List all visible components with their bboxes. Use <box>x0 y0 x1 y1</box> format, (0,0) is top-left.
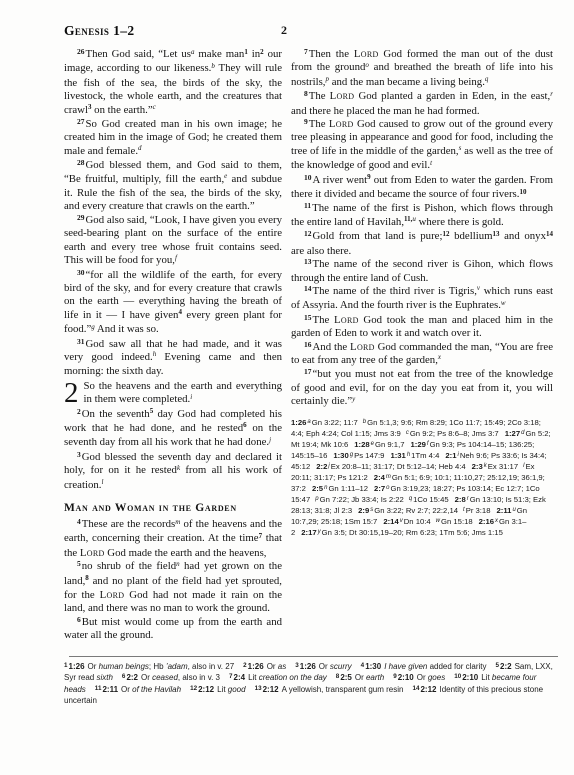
verse-number: 7 <box>304 47 309 56</box>
text-run: make man <box>194 48 244 60</box>
crossref-letter: c <box>406 430 409 436</box>
verse-number: 2 <box>77 407 82 416</box>
text-run: Or <box>141 673 152 682</box>
verse-number: 13 <box>304 257 313 266</box>
crossref-marker: l <box>101 478 103 486</box>
crossref-marker: w <box>501 299 506 307</box>
crossref-letter: o <box>386 485 389 491</box>
reference-label: 1:26 <box>248 662 264 671</box>
footnote-marker: 3 <box>295 662 299 669</box>
italic-text: goes <box>428 673 445 682</box>
verse-number: 14 <box>304 284 313 293</box>
text-run: Lit <box>481 673 492 682</box>
text-run: But mist would come up from the earth an… <box>64 616 282 641</box>
text-run: bdellium <box>449 230 492 242</box>
page-header: Genesis 1–2 2 <box>64 22 553 40</box>
footnote-marker: 7 <box>229 673 233 680</box>
crossref-letter: m <box>386 474 391 480</box>
right-column-verses: 7Then the Lord God formed the man out of… <box>291 48 553 410</box>
reference-label: 2:16 <box>479 517 494 526</box>
text-run: Gold from that land is pure; <box>313 230 443 242</box>
reference-label: 1:26 <box>69 662 85 671</box>
divine-name: Lord <box>354 48 379 60</box>
verse-paragraph: 11The name of the first is Pishon, which… <box>291 202 553 230</box>
footnote-marker: 4 <box>178 308 182 316</box>
verse-paragraph: 29God also said, “Look, I have given you… <box>64 214 282 269</box>
footnote-marker: 10 <box>454 673 461 680</box>
text-columns: 26Then God said, “Let usa make man1 in2 … <box>64 48 553 643</box>
reference-label: 2:10 <box>462 673 478 682</box>
footnote-marker: 1 <box>244 48 248 56</box>
crossref-letter: r <box>467 496 469 502</box>
text-run: Or <box>88 662 99 671</box>
text-run: And the <box>313 341 351 353</box>
verse-number: 15 <box>304 313 313 322</box>
verse-number: 6 <box>77 615 82 624</box>
reference-label: 2:4 <box>234 673 246 682</box>
text-run: Gn 15:18 <box>441 517 473 526</box>
crossref-marker: e <box>224 172 227 180</box>
crossref-letter: w <box>436 518 440 524</box>
reference-label: 2:4 <box>374 473 385 482</box>
crossref-letter: g <box>350 452 353 458</box>
text-run: And it was so. <box>95 323 159 335</box>
text-run: and the man became a living being. <box>329 76 485 88</box>
italic-text: sixth <box>96 673 112 682</box>
verse-number: 3 <box>77 450 82 459</box>
reference-label: 2:5 <box>312 484 323 493</box>
verse-paragraph: 9The Lord God caused to grow out of the … <box>291 118 553 174</box>
verse-paragraph: 4These are the recordsm of the heavens a… <box>64 518 282 560</box>
text-run: The name of the second river is Gihon, w… <box>291 258 553 283</box>
text-run: where there is gold. <box>416 216 504 228</box>
divine-name: Lord <box>329 118 354 130</box>
right-column: 7Then the Lord God formed the man out of… <box>291 48 553 643</box>
reference-label: 1:31 <box>390 451 405 460</box>
verse-paragraph: 5no shrub of the fieldn had yet grown on… <box>64 560 282 616</box>
crossref-letter: a <box>307 419 310 425</box>
divine-name: Lord <box>100 589 125 601</box>
crossref-letter: e <box>371 441 374 447</box>
crossref-marker: y <box>352 395 355 403</box>
text-run: , also in v. 3 <box>178 673 220 682</box>
text-run: Gn 3:5; Dt 30:15,19–20; Rm 6:23; 1Tm 5:6… <box>322 528 503 537</box>
verse-paragraph: 2On the seventh5 day God had completed h… <box>64 408 282 451</box>
verse-paragraph: 7Then the Lord God formed the man out of… <box>291 48 553 90</box>
verse-number: 12 <box>304 229 313 238</box>
verse-paragraph: 31God saw all that he had made, and it w… <box>64 338 282 379</box>
text-run: So God created man in his own image; he … <box>64 118 282 157</box>
crossref-letter: f <box>427 441 429 447</box>
italic-text: creation on the day <box>259 673 327 682</box>
reference-label: 2:17 <box>301 528 316 537</box>
text-run: and there he placed the man he had forme… <box>291 105 480 117</box>
crossref-marker: p <box>326 75 330 83</box>
verse-number: 16 <box>304 340 313 349</box>
verse-paragraph: 16And the Lord God commanded the man, “Y… <box>291 341 553 369</box>
text-run: Gn 7:22; Jb 33:4; Is 2:22 <box>320 495 404 504</box>
italic-text: ’adam <box>166 662 188 671</box>
text-run: God made the earth and the heavens, <box>105 547 267 559</box>
reference-label: 1:28 <box>354 440 369 449</box>
text-run: God planted a garden in Eden, in the eas… <box>354 90 550 102</box>
italic-text: of the Havilah <box>132 685 181 694</box>
text-run: Ex 31:17 <box>488 462 518 471</box>
footnote-marker: 2 <box>260 48 264 56</box>
verse-number: 10 <box>304 173 313 182</box>
verse-number: 5 <box>77 559 82 568</box>
text-run: ; Hb <box>149 662 166 671</box>
crossref-letter: y <box>318 529 321 535</box>
text-run: Pr 3:18 <box>466 506 491 515</box>
reference-label: 2:11 <box>102 685 118 694</box>
footnote-marker: 5 <box>495 662 499 669</box>
crossref-letter: d <box>521 430 524 436</box>
text-run: and onyx <box>500 230 546 242</box>
footnote-marker: 7 <box>259 532 263 540</box>
reference-label: 2:12 <box>198 685 214 694</box>
italic-text: good <box>228 685 246 694</box>
footnote-marker: 8 <box>85 574 89 582</box>
cross-references-block: 1:26aGn 3:22; 11:7bGn 5:1,3; 9:6; Rm 8:2… <box>291 418 553 539</box>
reference-label: 2:14 <box>383 517 398 526</box>
verse-number: 8 <box>304 89 309 98</box>
italic-text: scurry <box>330 662 352 671</box>
crossref-marker: b <box>211 62 215 70</box>
text-run: A yellowish, transparent gum resin <box>282 685 404 694</box>
footnote-marker: 4 <box>361 662 365 669</box>
reference-label: 2:12 <box>420 685 436 694</box>
text-run: The <box>313 314 335 326</box>
crossref-letter: k <box>484 463 487 469</box>
text-run: 1Tm 4:4 <box>411 451 439 460</box>
crossref-marker: a <box>191 48 195 56</box>
verse-paragraph: 12Gold from that land is pure;12 bdelliu… <box>291 230 553 258</box>
crossref-letter: s <box>370 507 373 513</box>
italic-text: as <box>278 662 286 671</box>
crossref-marker: i <box>190 393 192 401</box>
crossref-marker: c <box>153 103 156 111</box>
verse-paragraph: 15The Lord God took the man and placed h… <box>291 314 553 341</box>
reference-label: 2:10 <box>398 673 414 682</box>
crossref-marker: x <box>438 353 441 361</box>
reference-label: 2:3 <box>472 462 483 471</box>
crossref-letter: v <box>400 518 403 524</box>
text-run: Or <box>355 673 366 682</box>
crossref-letter: t <box>463 507 465 513</box>
footnote-marker: 13 <box>493 230 500 238</box>
crossref-marker: u <box>412 215 416 223</box>
section-heading: Man and Woman in the Garden <box>64 502 282 514</box>
text-run: Ps 147:9 <box>354 451 384 460</box>
text-run: Gn 1:11–12 <box>328 484 368 493</box>
verse-number: 31 <box>77 337 86 346</box>
reference-label: 2:2 <box>316 462 327 471</box>
running-head: Genesis 1–2 <box>64 23 135 38</box>
footnote-marker: 12 <box>190 685 197 692</box>
verse-number: 11 <box>304 201 312 210</box>
reference-label: 2:5 <box>340 673 352 682</box>
verse-number: 17 <box>304 367 313 376</box>
bible-page: Genesis 1–2 2 26Then God said, “Let usa … <box>0 0 574 727</box>
verse-paragraph: 17“but you must not eat from the tree of… <box>291 368 553 409</box>
text-run: Or <box>267 662 278 671</box>
text-run: are also there. <box>291 245 351 257</box>
chapter-opening-paragraph: 2So the heavens and the earth and everyt… <box>64 380 282 408</box>
text-run: Then God said, “Let us <box>86 48 191 60</box>
text-run: Gn 3:22; 11:7 <box>312 418 358 427</box>
verse-number: 28 <box>77 158 86 167</box>
text-run: Or <box>417 673 428 682</box>
text-run: Gn 3:22; Rv 2:7; 22:2,14 <box>374 506 458 515</box>
crossref-marker: r <box>550 90 553 98</box>
verse-number: 4 <box>77 517 82 526</box>
crossref-letter: u <box>512 507 515 513</box>
verse-number: 26 <box>77 47 86 56</box>
reference-label: 1:30 <box>333 451 348 460</box>
reference-label: 1:26 <box>300 662 316 671</box>
text-run: Gn 9:1,7 <box>375 440 405 449</box>
verse-paragraph: 3God blessed the seventh day and declare… <box>64 451 282 493</box>
footnote-marker: 8 <box>336 673 340 680</box>
text-run: Dn 10:4 <box>404 517 431 526</box>
italic-text: earth <box>366 673 384 682</box>
footnote-marker: 12 <box>442 230 449 238</box>
crossref-marker: q <box>485 75 489 83</box>
verse-paragraph: 10A river went9 out from Eden to water t… <box>291 174 553 203</box>
divine-name: Lord <box>80 547 105 559</box>
crossref-marker: k <box>177 464 180 472</box>
footnote-marker: 6 <box>122 673 126 680</box>
footnote-marker: 9 <box>367 173 371 181</box>
reference-label: 2:1 <box>445 451 456 460</box>
reference-label: 1:26 <box>291 418 306 427</box>
crossref-marker: h <box>153 350 157 358</box>
text-run: Lit <box>217 685 228 694</box>
text-run: Then the <box>309 48 354 60</box>
reference-label: 2:9 <box>358 506 369 515</box>
footnote-marker: 1 <box>64 662 68 669</box>
crossref-marker: s <box>459 144 462 152</box>
crossref-letter: x <box>495 518 498 524</box>
verse-paragraph: 30“for all the wildlife of the earth, fo… <box>64 269 282 338</box>
text-run: These are the records <box>82 518 176 530</box>
reference-label: 2:11 <box>496 506 511 515</box>
verse-paragraph: 13The name of the second river is Gihon,… <box>291 258 553 285</box>
text-run: Ex 20:8–11; 31:17; Dt 5:12–14; Heb 4:4 <box>331 462 466 471</box>
footnote-marker: 10 <box>519 188 526 196</box>
text-run: On the seventh <box>82 408 150 420</box>
text-run: added for clarity <box>427 662 486 671</box>
text-run: , also in v. 27 <box>188 662 235 671</box>
crossref-marker: g <box>91 323 95 331</box>
text-run: Lit <box>248 673 259 682</box>
reference-label: 1:27 <box>505 429 520 438</box>
text-run: “but you must not eat from the tree of t… <box>291 368 553 407</box>
crossref-letter: n <box>324 485 327 491</box>
verse-number: 30 <box>77 268 86 277</box>
verse-number: 27 <box>77 117 86 126</box>
verse-paragraph: 28God blessed them, and God said to them… <box>64 159 282 214</box>
chapter-number: 2 <box>64 381 79 405</box>
crossref-letter: i <box>458 452 459 458</box>
verse-number: 9 <box>304 117 309 126</box>
reference-label: 2:2 <box>126 673 138 682</box>
text-run: A river went <box>313 174 368 186</box>
verse-paragraph: 27So God created man in his own image; h… <box>64 118 282 159</box>
footnote-divider <box>69 656 558 657</box>
italic-text: I have given <box>384 662 427 671</box>
crossref-marker: m <box>175 518 180 526</box>
crossref-marker: n <box>176 560 180 568</box>
footnote-marker: 2 <box>243 662 247 669</box>
text-run: The <box>309 118 329 130</box>
reference-label: 2:2 <box>500 662 512 671</box>
crossref-letter: b <box>363 419 366 425</box>
footnote-marker: 5 <box>150 407 154 415</box>
text-run: in <box>248 48 260 60</box>
footnotes-block: 11:26Or human beings; Hb ’adam, also in … <box>64 662 556 727</box>
footnote-marker: 14 <box>546 230 553 238</box>
text-run: The name of the third river is Tigris, <box>313 285 477 297</box>
footnote-marker: 14 <box>412 685 419 692</box>
reference-label: 1:29 <box>411 440 426 449</box>
crossref-marker: v <box>477 284 480 292</box>
reference-label: 2:12 <box>263 685 279 694</box>
verse-number: 29 <box>77 213 86 222</box>
text-run: God also said, “Look, I have given you e… <box>64 214 282 266</box>
italic-text: ceased <box>152 673 178 682</box>
footnote-marker: 9 <box>393 673 397 680</box>
crossref-letter: q <box>409 496 412 502</box>
crossref-letter: j <box>328 463 329 469</box>
verse-paragraph: 26Then God said, “Let usa make man1 in2 … <box>64 48 282 118</box>
left-column: 26Then God said, “Let usa make man1 in2 … <box>64 48 282 643</box>
italic-text: human beings <box>99 662 149 671</box>
text-run: 1Co 15:45 <box>413 495 448 504</box>
verse-paragraph: 8The Lord God planted a garden in Eden, … <box>291 90 553 118</box>
text-run: no shrub of the field <box>82 560 176 572</box>
verse-paragraph: 14The name of the third river is Tigris,… <box>291 285 553 314</box>
crossref-marker: d <box>138 144 142 152</box>
crossref-letter: h <box>407 452 410 458</box>
crossref-marker: t <box>430 159 432 167</box>
text-run: Or <box>121 685 132 694</box>
verse-paragraph: 6But mist would come up from the earth a… <box>64 616 282 643</box>
footnote-marker: 3 <box>88 103 92 111</box>
crossref-marker: o <box>365 61 369 69</box>
footnote-marker: 6 <box>243 421 247 429</box>
reference-label: 2:8 <box>455 495 466 504</box>
page-number: 2 <box>281 23 287 38</box>
footnote-marker: 13 <box>255 685 262 692</box>
text-run: Gn 9:2; Ps 8:6–8; Jms 3:7 <box>410 429 499 438</box>
reference-label: 1:30 <box>365 662 381 671</box>
text-run: The <box>309 90 330 102</box>
reference-label: 2:7 <box>374 484 385 493</box>
text-run: So the heavens and the earth and everyth… <box>84 380 283 405</box>
text-run: on the earth.” <box>91 104 152 116</box>
divine-name: Lord <box>330 90 355 102</box>
divine-name: Lord <box>334 314 359 326</box>
footnote-marker: 11 <box>95 685 102 692</box>
crossref-marker: f <box>175 254 177 262</box>
crossref-letter: p <box>315 496 318 502</box>
text-run: Or <box>319 662 330 671</box>
divine-name: Lord <box>350 341 375 353</box>
crossref-marker: j <box>269 436 271 444</box>
